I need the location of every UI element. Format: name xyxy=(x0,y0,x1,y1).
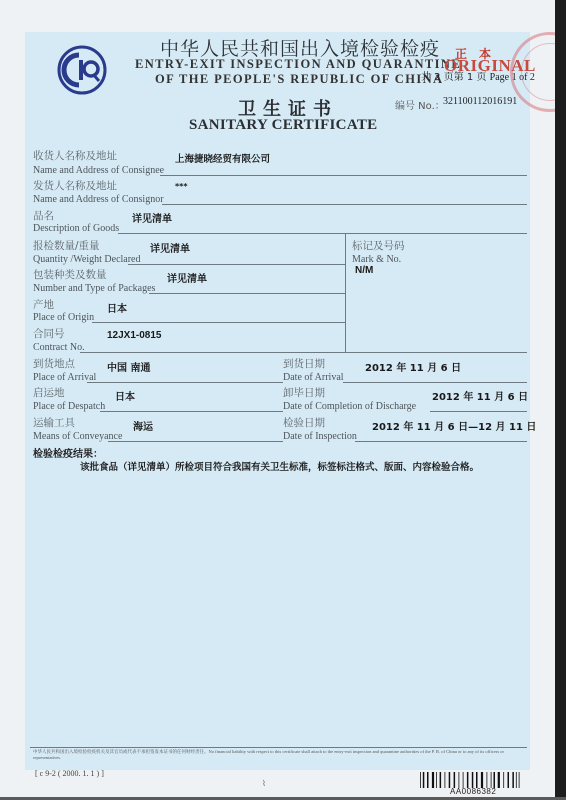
arrival-date-value: 2012 年 11 月 6 日 xyxy=(365,359,461,374)
consignor-value: *** xyxy=(175,182,188,191)
arrival-date-label-cn: 到货日期 xyxy=(283,356,325,371)
goods-label-en: Description of Goods xyxy=(33,223,119,234)
consignee-label-cn: 收货人名称及地址 xyxy=(33,148,117,163)
cert-no-value: 321100112016191 xyxy=(443,96,517,107)
mark-label-en: Mark & No. xyxy=(352,254,401,265)
barcode-number: AA0086382 xyxy=(450,787,496,796)
despatch-place-underline xyxy=(100,411,283,412)
arrival-place-value: 中国 南通 xyxy=(107,359,150,374)
goods-label-cn: 品名 xyxy=(33,208,54,223)
footer-divider xyxy=(30,747,527,748)
origin-label-en: Place of Origin xyxy=(33,312,94,323)
packages-label-cn: 包装种类及数量 xyxy=(33,267,107,282)
scan-mark: ⌇ xyxy=(262,779,266,788)
inspection-date-label-en: Date of Inspection xyxy=(283,431,357,442)
consignee-value: 上海捷晓经贸有限公司 xyxy=(175,151,270,165)
packages-value: 详见清单 xyxy=(167,270,207,285)
mark-label-cn: 标记及号码 xyxy=(352,238,405,253)
ciq-logo-icon xyxy=(57,45,107,95)
arrival-place-label-cn: 到货地点 xyxy=(33,356,75,371)
contract-underline xyxy=(80,352,527,353)
goods-value: 详见清单 xyxy=(132,210,172,225)
consignor-label-cn: 发货人名称及地址 xyxy=(33,178,117,193)
despatch-place-value: 日本 xyxy=(115,388,135,403)
contract-label-cn: 合同号 xyxy=(33,326,65,341)
conveyance-label-cn: 运输工具 xyxy=(33,415,75,430)
title-en: SANITARY CERTIFICATE xyxy=(189,117,377,134)
goods-underline xyxy=(118,233,527,234)
consignee-label-en: Name and Address of Consignee xyxy=(33,165,164,176)
discharge-date-underline xyxy=(430,411,527,412)
consignor-label-en: Name and Address of Consignor xyxy=(33,194,164,205)
org-name-en-line2: OF THE PEOPLE'S REPUBLIC OF CHINA xyxy=(155,72,443,87)
page-info-cn: 共 2 页第 1 页 xyxy=(421,72,486,83)
inspection-date-underline xyxy=(355,441,527,442)
arrival-place-underline xyxy=(87,382,283,383)
discharge-date-label-cn: 卸毕日期 xyxy=(283,385,325,400)
mark-box-divider xyxy=(345,233,346,353)
despatch-place-label-en: Place of Despatch xyxy=(33,401,105,412)
inspection-date-label-cn: 检验日期 xyxy=(283,415,325,430)
packages-underline xyxy=(149,293,345,294)
quantity-value: 详见清单 xyxy=(150,240,190,255)
discharge-date-label-en: Date of Completion of Discharge xyxy=(283,401,416,412)
quantity-label-cn: 报检数量/重量 xyxy=(33,238,100,253)
result-text: 该批食品（详见清单）所检项目符合我国有关卫生标准，标签标注格式、版面、内容检验合… xyxy=(80,459,479,473)
origin-value: 日本 xyxy=(107,300,127,315)
arrival-date-label-en: Date of Arrival xyxy=(283,372,344,383)
result-label: 检验检疫结果： xyxy=(33,445,103,460)
despatch-place-label-cn: 启运地 xyxy=(33,385,65,400)
contract-value: 12JX1-0815 xyxy=(107,330,162,341)
mark-value: N/M xyxy=(355,265,373,276)
form-code: [ c 9-2 ( 2000. 1. 1 ) ] xyxy=(35,769,104,778)
conveyance-value: 海运 xyxy=(133,418,153,433)
quantity-label-en: Quantity /Weight Declared xyxy=(33,254,141,265)
discharge-date-value: 2012 年 11 月 6 日 xyxy=(432,388,528,403)
disclaimer-text: 中华人民共和国出入境检验检疫机关及其官员或代表不承担签发本证书的任何财经责任。N… xyxy=(33,749,528,761)
arrival-date-underline xyxy=(343,382,527,383)
origin-label-cn: 产地 xyxy=(33,297,54,312)
scan-edge xyxy=(555,0,566,800)
cert-no-label: 编号 No.： xyxy=(395,97,445,112)
consignor-underline xyxy=(162,204,527,205)
consignee-underline xyxy=(160,175,527,176)
org-name-en-line1: ENTRY-EXIT INSPECTION AND QUARANTINE xyxy=(135,57,461,72)
inspection-date-value: 2012 年 11 月 6 日—12 月 11 日 xyxy=(372,418,536,433)
conveyance-underline xyxy=(108,441,283,442)
packages-label-en: Number and Type of Packages xyxy=(33,283,155,294)
origin-underline xyxy=(92,322,345,323)
barcode-icon xyxy=(420,772,522,788)
contract-label-en: Contract No. xyxy=(33,342,85,353)
quantity-underline xyxy=(128,264,345,265)
